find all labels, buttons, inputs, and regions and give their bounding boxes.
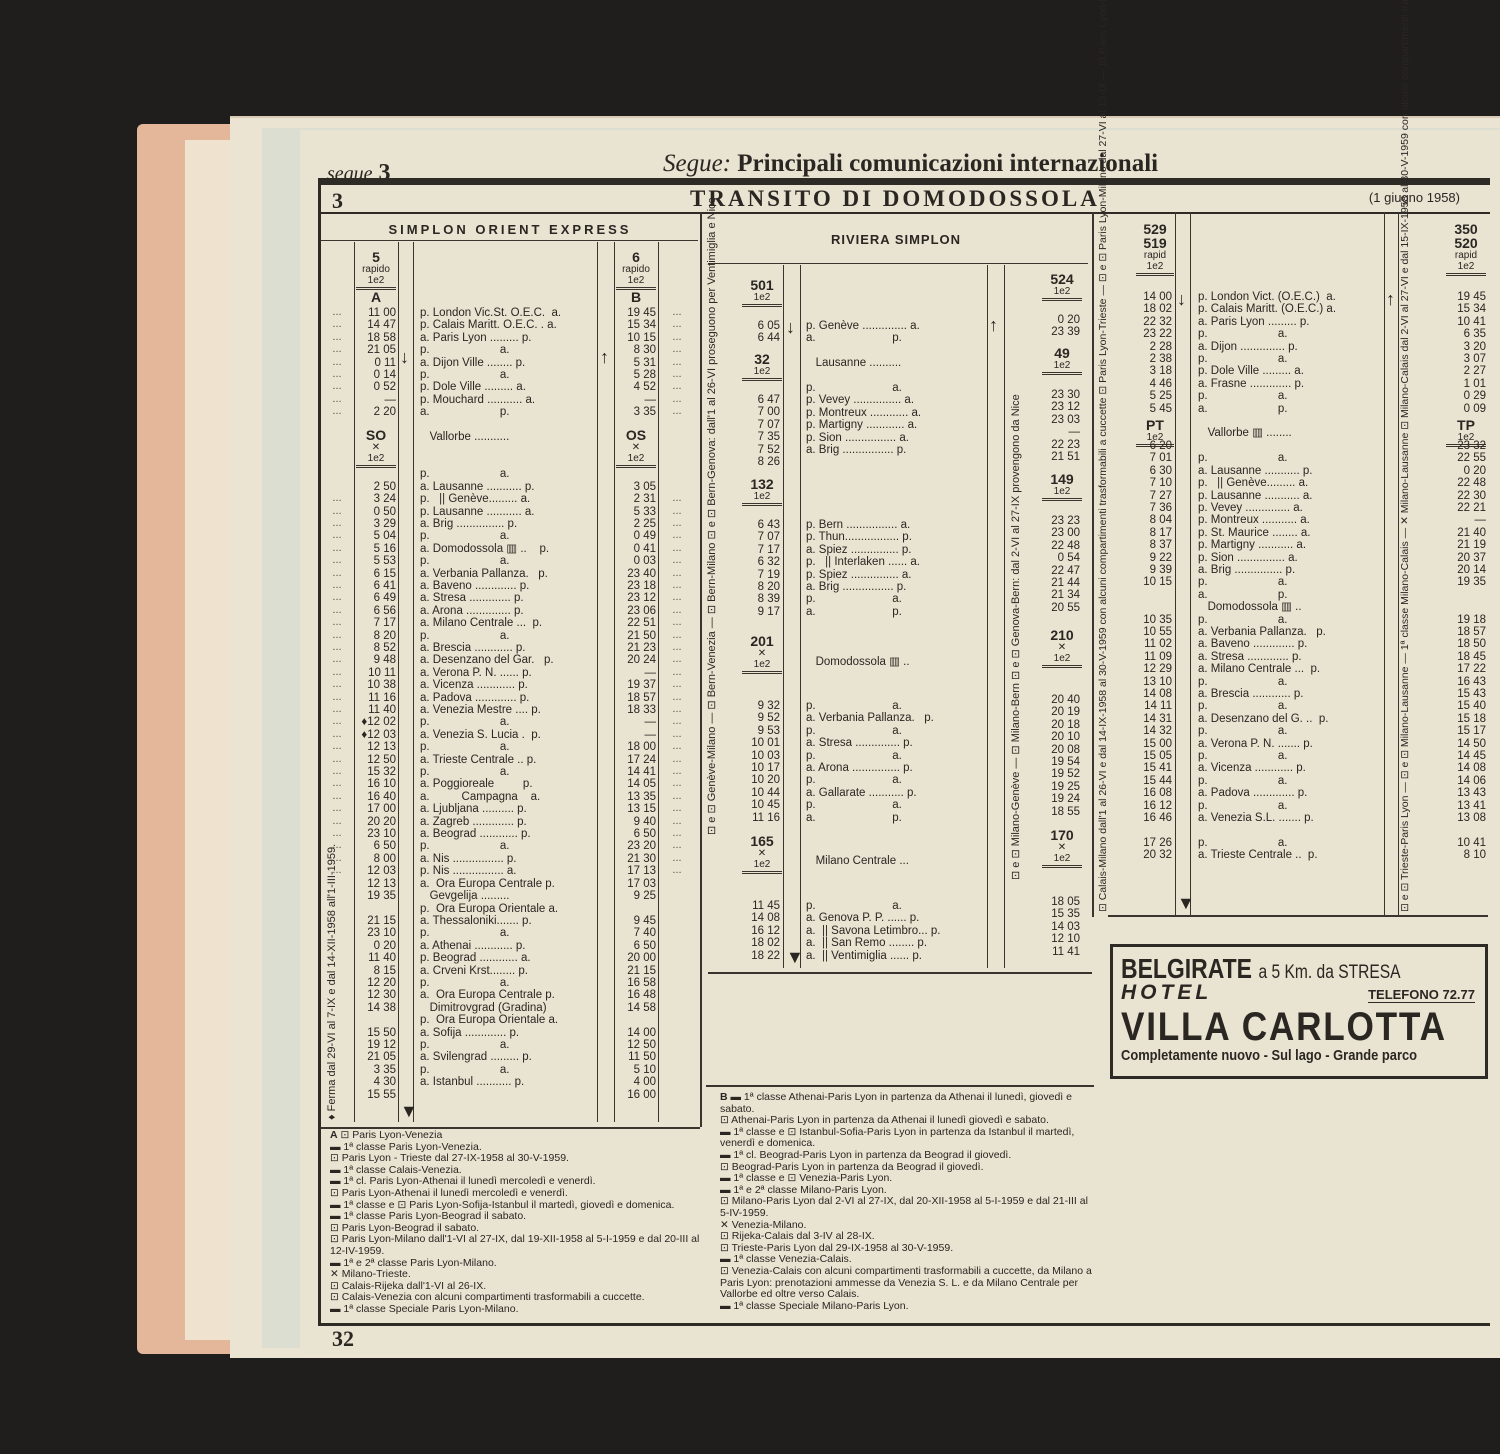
divider: [320, 240, 698, 241]
train-header-os: OS ✕ 1e2: [616, 428, 656, 468]
stations-riviera-f: p. a. a. Genova P. P. ...... p. a. || Sa…: [806, 900, 940, 962]
train-header-6: 6 rapido 1e2 B: [616, 250, 656, 304]
times-train-170: 18 05 15 35 14 03 12 10 11 41: [1040, 896, 1080, 958]
table-header: 3 TRANSITO DI DOMODOSSOLA (1 giugno 1958…: [320, 186, 1490, 214]
side-note-stop: ♦ Ferma dal 29-VI al 7-IX e dal 14-XII-1…: [326, 860, 338, 1120]
divider: [1190, 212, 1191, 917]
divider: [658, 242, 659, 1122]
direction-up-arrow-icon: ↑: [989, 316, 998, 334]
vertical-note-right: ⊡ e ⊡ Milano-Genève — ⊡ Milano-Bern ⊡ e …: [1010, 410, 1022, 880]
table-number: 3: [332, 188, 343, 214]
page-number: 32: [332, 1326, 354, 1352]
divider: [783, 265, 784, 968]
direction-down-arrow-icon: ↓: [400, 348, 409, 366]
empty-column: ... ... ... ... ... ... ... ... ... ... …: [322, 306, 352, 877]
times-train-149: 23 23 23 00 22 48 0 54 22 47 21 44 21 34…: [1040, 515, 1080, 614]
divider: [706, 1085, 1094, 1087]
stations-riviera-c: Domodossola ▥ ..: [806, 656, 910, 668]
stations-riviera-a: p. Genève .............. a. a. p. Lausan…: [806, 320, 921, 456]
direction-down-arrow-icon: ▼: [1177, 894, 1195, 912]
sleeping-car-icon: ✕: [632, 442, 640, 453]
train-header-201: 201✕1e2: [742, 634, 782, 674]
ad-phone: TELEFONO 72.77: [1368, 987, 1475, 1003]
times-train-501: 6 05 6 44: [740, 320, 780, 345]
train-header-210: 210✕1e2: [1042, 628, 1082, 668]
page-title: TRANSITO DI DOMODOSSOLA: [690, 186, 1100, 212]
train-header-132: 1321e2: [742, 477, 782, 506]
sleeping-car-icon: ✕: [758, 848, 766, 859]
train-header-32: 321e2: [742, 352, 782, 381]
ad-hotel-name: VILLA CARLOTTA: [1121, 1007, 1434, 1047]
section-title-simplon-orient: SIMPLON ORIENT EXPRESS: [320, 222, 700, 237]
train-header-501: 5011e2: [742, 278, 782, 307]
divider: [1384, 212, 1385, 917]
times-train-49: 23 30 23 12 23 03 — 22 23 21 51: [1040, 389, 1080, 463]
stations-third-section: p. London Vict. (O.E.C.) a. p. Calais Ma…: [1198, 291, 1336, 862]
divider: [1175, 212, 1176, 917]
train-header-350-520: 350520rapid1e2: [1446, 222, 1486, 276]
stations-riviera-b: p. Bern ................ a. p. Thun.....…: [806, 519, 920, 618]
train-header-49: 491e2: [1042, 346, 1082, 375]
empty-column: ... ... ... ... ... ... ... ... ... ... …: [662, 306, 692, 877]
sleeping-car-icon: ✕: [1058, 642, 1066, 653]
direction-down-arrow-icon: ▼: [400, 1102, 418, 1120]
direction-up-arrow-icon: ↑: [600, 348, 609, 366]
train-header-165: 165✕1e2: [742, 834, 782, 874]
divider: [597, 242, 598, 1122]
stations-riviera-e: Milano Centrale ...: [806, 855, 909, 867]
sleeping-car-icon: ✕: [1058, 842, 1066, 853]
hotel-advertisement: BELGIRATEa 5 Km. da STRESA HOTEL TELEFON…: [1110, 944, 1488, 1079]
vertical-note-left: ⊡ e ⊡ Genève-Milano — ⊡ Bern-Venezia — ⊡…: [706, 415, 718, 835]
divider: [700, 212, 702, 1127]
notes-a: A ⊡ Paris Lyon-Venezia ▬ 1ª classe Paris…: [330, 1130, 700, 1316]
times-train-529: 14 00 18 02 22 32 23 22 2 28 2 38 3 18 4…: [1134, 291, 1172, 862]
direction-down-arrow-icon: ▼: [786, 948, 804, 966]
divider: [1092, 212, 1094, 917]
times-train-201: 9 32 9 52 9 53 10 01 10 03 10 17 10 20 1…: [740, 700, 780, 824]
vertical-note-right: ⊡ e ⊡ Trieste-Paris Lyon — ⊡ e ⊡ Milano-…: [1400, 212, 1411, 912]
train-header-529-519: 529519rapid1e2: [1136, 222, 1174, 276]
times-train-350: 19 45 15 34 10 41 6 35 3 20 3 07 2 27 1 …: [1446, 291, 1486, 862]
divider: [398, 242, 399, 1122]
divider: [1108, 915, 1488, 917]
direction-down-arrow-icon: ↓: [786, 318, 795, 336]
times-train-165: 11 45 14 08 16 12 18 02 18 22: [740, 900, 780, 962]
ad-tagline: Completamente nuovo - Sul lago - Grande …: [1121, 1047, 1427, 1064]
times-train-524: 0 20 23 39: [1040, 314, 1080, 339]
notes-b: B ▬ 1ª classe Athenai-Paris Lyon in part…: [720, 1092, 1100, 1312]
divider: [987, 265, 988, 968]
divider: [800, 265, 801, 968]
sleeping-car-icon: ✕: [372, 442, 380, 453]
divider: [413, 242, 414, 1122]
stations-riviera-d: p. a. a. Verbania Pallanza. p. p. a. a. …: [806, 700, 934, 824]
direction-up-arrow-icon: ↑: [1386, 290, 1395, 308]
edition-date: (1 giugno 1958): [1369, 190, 1460, 205]
divider: [708, 972, 1092, 974]
vertical-note-left: ⊡ Calais-Milano dall'1 al 26-VI e dal 14…: [1098, 212, 1109, 912]
train-header-149: 1491e2: [1042, 472, 1082, 501]
running-title: Segue: Principali comunicazioni internaz…: [663, 150, 1158, 178]
times-train-32: 6 47 7 00 7 07 7 35 7 52 8 26: [740, 394, 780, 468]
times-train-210: 20 40 20 19 20 18 20 10 20 08 19 54 19 5…: [1040, 694, 1080, 818]
stations-simplon-orient: p. London Vic.St. O.E.C. a. p. Calais Ma…: [420, 307, 595, 1089]
section-title-riviera-simplon: RIVIERA SIMPLON: [702, 232, 1090, 247]
times-train-132: 6 43 7 07 7 17 6 32 7 19 8 20 8 39 9 17: [740, 519, 780, 618]
ad-location: BELGIRATEa 5 Km. da STRESA: [1121, 953, 1413, 985]
sleeping-car-icon: ✕: [758, 648, 766, 659]
direction-down-arrow-icon: ↓: [1177, 290, 1186, 308]
train-header-so: SO ✕ 1e2: [356, 428, 396, 468]
train-header-170: 170✕1e2: [1042, 828, 1082, 868]
divider: [1004, 265, 1005, 968]
train-header-5: 5 rapido 1e2 A: [356, 250, 396, 304]
train-header-524: 5241e2: [1042, 272, 1082, 301]
divider: [708, 263, 1088, 264]
